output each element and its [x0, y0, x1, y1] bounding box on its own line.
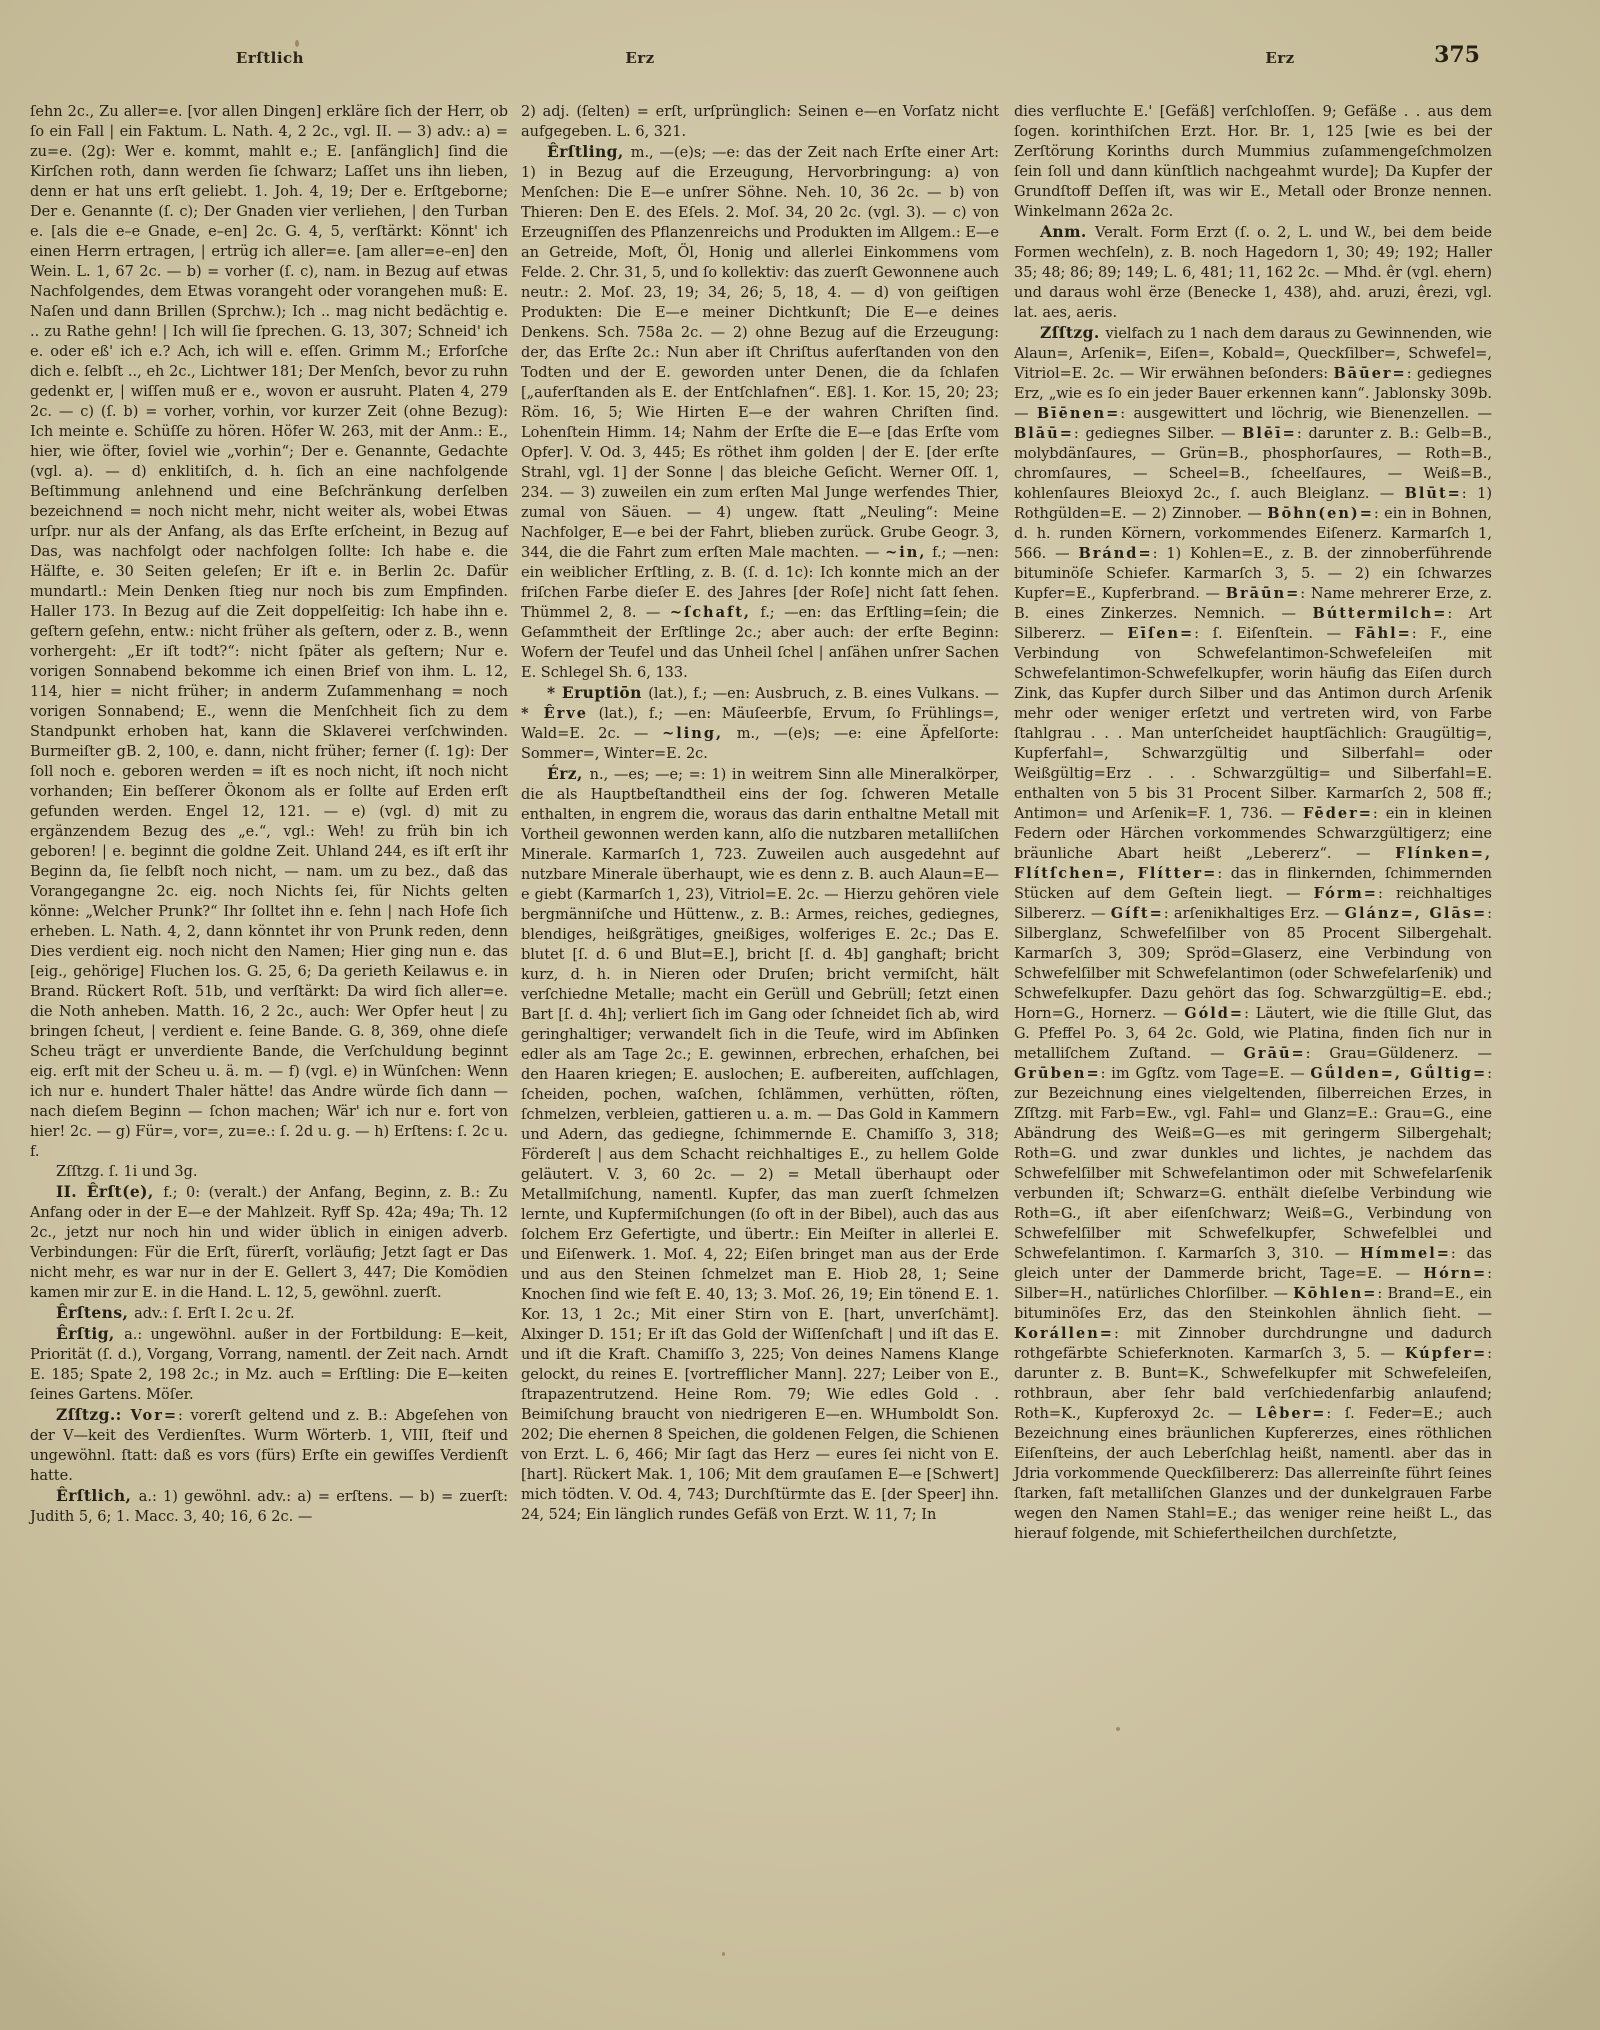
compound-headword: Gǘlden=, Gǘltig= — [1310, 1065, 1487, 1082]
page-number: 375 — [1390, 40, 1480, 70]
running-head-right: Erz — [1160, 46, 1400, 70]
compound-headword: Kōhlen= — [1293, 1285, 1377, 1302]
dictionary-paragraph: Zſſtzg.: Vor=: vorerſt geltend und z. B.… — [30, 1405, 508, 1486]
entry-headword: Zſſtzg. — [1040, 323, 1105, 342]
entry-headword: * Eruptiōn — [547, 683, 648, 702]
entry-headword: Êrſtlich, — [56, 1486, 139, 1505]
compound-headword: Korállen= — [1014, 1325, 1114, 1342]
compound-headword: Fāhl= — [1355, 625, 1412, 642]
book-page: { "page": { "number": "375", "running_he… — [0, 0, 1600, 2030]
compound-headword: Góld= — [1184, 1005, 1244, 1022]
compound-headword: Gíft= — [1111, 905, 1164, 922]
dictionary-paragraph: Érz, n., —es; —e; =: 1) in weitrem Sinn … — [521, 764, 999, 1525]
compound-headword: Vor= — [131, 1407, 178, 1424]
text-column-3: dies verfluchte E.' [Gefäß] verſchloſſen… — [1014, 102, 1492, 1544]
entry-headword: II. Êrſt(e), — [56, 1182, 163, 1201]
compound-headword: Eīſen= — [1127, 625, 1194, 642]
paper-speck — [722, 1952, 725, 1956]
compound-headword: Blēī= — [1242, 425, 1297, 442]
compound-headword: Kúpfer= — [1405, 1345, 1487, 1362]
dictionary-paragraph: ſehn 2c., Zu aller=e. [vor allen Dingen]… — [30, 102, 508, 1162]
entry-headword: Êrſtens, — [56, 1303, 134, 1322]
compound-headword: Hórn= — [1423, 1265, 1487, 1282]
compound-headword: Brāūn= — [1226, 585, 1301, 602]
entry-headword: Anm. — [1040, 222, 1095, 241]
dictionary-paragraph: II. Êrſt(e), f.; 0: (veralt.) der Anfang… — [30, 1182, 508, 1303]
compound-headword: Lêber= — [1256, 1405, 1327, 1422]
compound-headword: Blūt= — [1405, 485, 1462, 502]
compound-headword: Bāūer= — [1334, 365, 1407, 382]
compound-headword: Búttermilch= — [1312, 605, 1447, 622]
compound-headword: Grūben= — [1014, 1065, 1101, 1082]
text-column-1: ſehn 2c., Zu aller=e. [vor allen Dingen]… — [30, 102, 508, 1527]
dictionary-paragraph: Êrſtens, adv.: ſ. Erſt I. 2c u. 2f. — [30, 1303, 508, 1324]
dictionary-paragraph: Êrſtig, a.: ungewöhnl. außer in der Fort… — [30, 1324, 508, 1405]
running-head-left: Erſtlich — [150, 46, 390, 70]
compound-headword: * Êrve — [521, 705, 588, 722]
dictionary-paragraph: Zſſtzg. vielfach zu 1 nach dem daraus zu… — [1014, 323, 1492, 1544]
compound-headword: Bōhn(en)= — [1267, 505, 1374, 522]
compound-headword: ~ling, — [662, 725, 723, 742]
entry-headword: Êrſtig, — [56, 1324, 124, 1343]
compound-headword: Bīēnen= — [1037, 405, 1120, 422]
compound-headword: Fēder= — [1303, 805, 1373, 822]
dictionary-paragraph: Anm. Veralt. Form Erzt (ſ. o. 2, L. und … — [1014, 222, 1492, 323]
dictionary-paragraph: * Eruptiōn (lat.), f.; —en: Ausbruch, z.… — [521, 683, 999, 764]
compound-headword: ~in, — [885, 544, 926, 561]
compound-headword: Grāū= — [1244, 1045, 1306, 1062]
entry-headword: Êrſtling, — [547, 142, 631, 161]
running-head-center: Erz — [520, 46, 760, 70]
paper-speck — [1116, 1727, 1120, 1731]
compound-headword: Fórm= — [1314, 885, 1378, 902]
dictionary-paragraph: Êrſtling, m., —(e)s; —e: das der Zeit na… — [521, 142, 999, 683]
dictionary-paragraph: Zſſtzg. ſ. 1i und 3g. — [30, 1162, 508, 1182]
dictionary-paragraph: dies verfluchte E.' [Gefäß] verſchloſſen… — [1014, 102, 1492, 222]
text-column-2: 2) adj. (ſelten) = erſt, urſprünglich: S… — [521, 102, 999, 1525]
compound-headword: Blāū= — [1014, 425, 1074, 442]
compound-headword: Glánz=, Glās= — [1345, 905, 1488, 922]
compound-headword: Bránd= — [1078, 545, 1152, 562]
entry-headword: Érz, — [547, 764, 590, 783]
compound-headword: Hímmel= — [1360, 1245, 1451, 1262]
paper-speck — [295, 40, 299, 47]
dictionary-paragraph: Êrſtlich, a.: 1) gewöhnl. adv.: a) = erſ… — [30, 1486, 508, 1527]
dictionary-paragraph: 2) adj. (ſelten) = erſt, urſprünglich: S… — [521, 102, 999, 142]
entry-headword: Zſſtzg.: — [56, 1405, 131, 1424]
compound-headword: ~ſchaft, — [670, 604, 751, 621]
compound-headword: Flínken=, Flítſchen=, Flítter= — [1014, 845, 1492, 882]
